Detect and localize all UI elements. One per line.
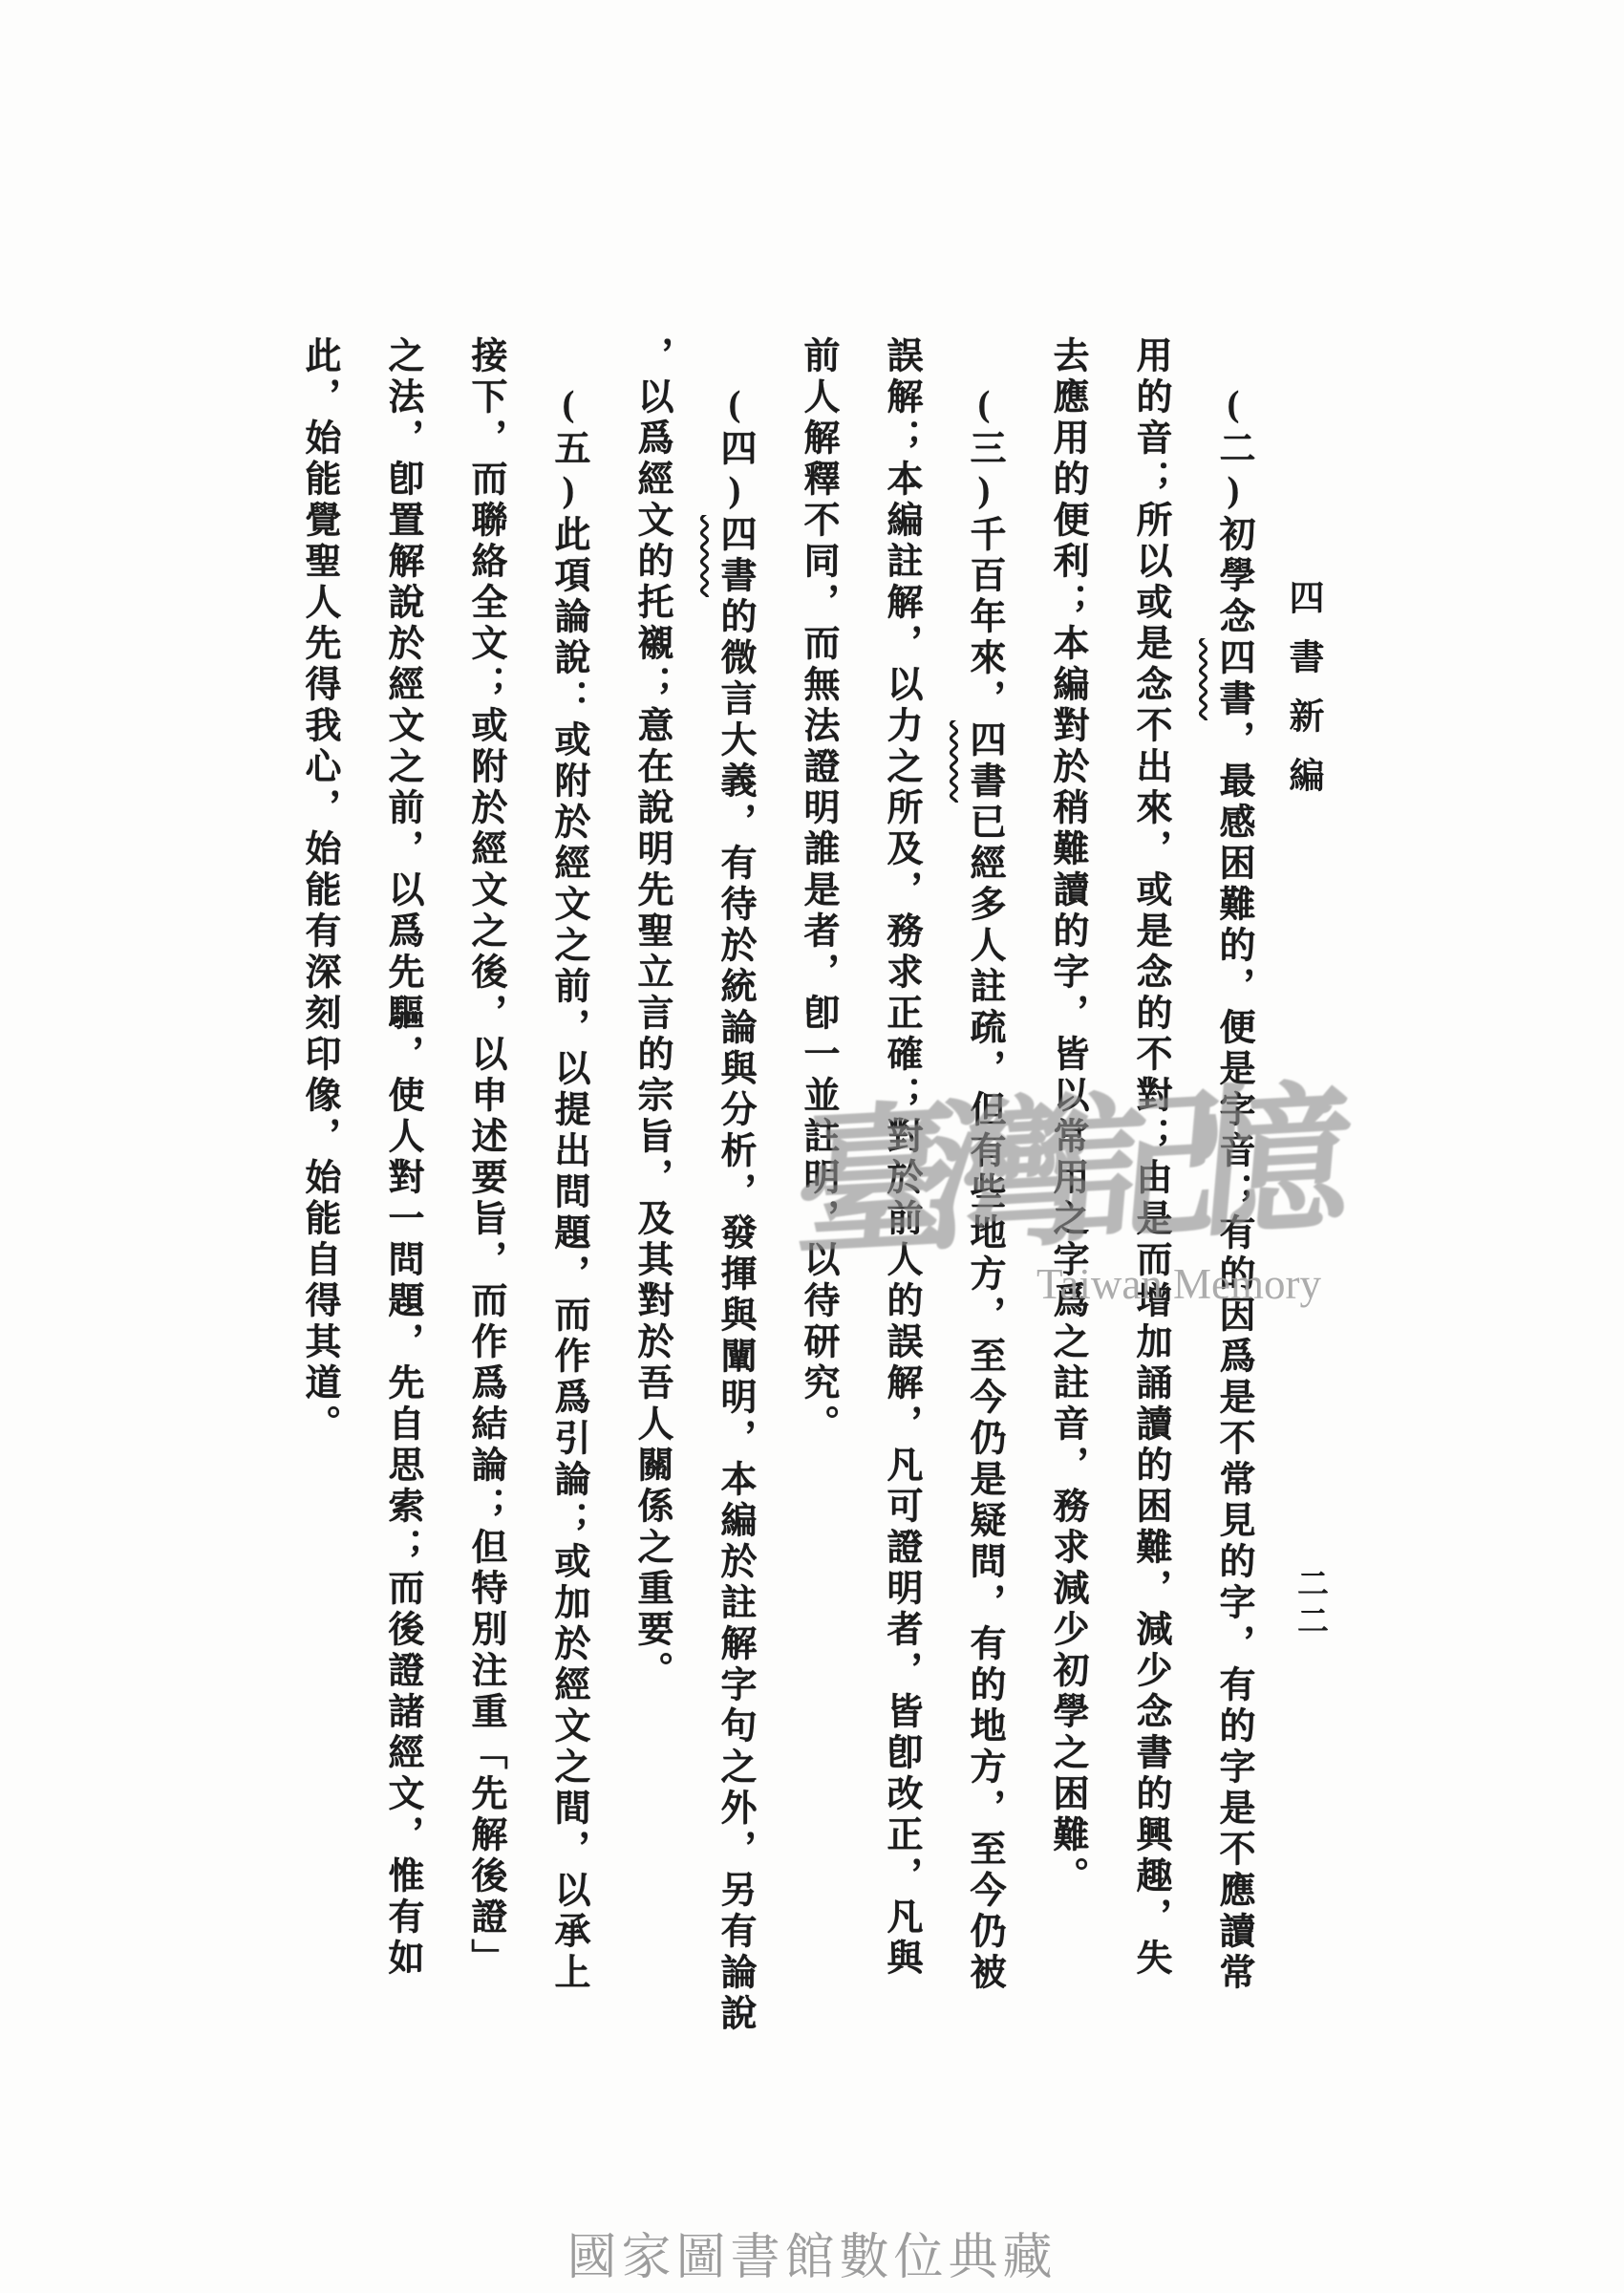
column-text: 接下，而聯絡全文；或附於經文之後，以申述要旨，而作爲結論；但特別注重「先解後證」 <box>465 336 505 1980</box>
text-column: (四)四書的微言大義，有待於統論與分析，發揮與闡明，本編於註解字句之外，另有論說 <box>693 336 776 2113</box>
column-text: 去應用的便利；本編對於稍難讀的字，皆以常用之字爲之註音，務求減少初學之困難。 <box>1047 336 1087 1897</box>
text-column: (五)此項論說：或附於經文之前，以提出問題，而作爲引論；或加於經文之間，以承上 <box>526 336 609 2113</box>
scanned-book-page: 四書新編 二二 (二)初學念四書，最感困難的，便是字音；有的因爲是不常見的字，有… <box>0 0 1624 2293</box>
column-text: (五)此項論說：或附於經文之前，以提出問題，而作爲引論；或加於經文之間，以承上 <box>548 384 588 1994</box>
text-column: (二)初學念四書，最感困難的，便是字音；有的因爲是不常見的字，有的字是不應讀常 <box>1191 336 1274 2113</box>
column-text: (二)初學念 <box>1213 384 1253 638</box>
book-title-mark: 四書 <box>1213 638 1253 720</box>
column-text: 此，始能覺聖人先得我心，始能有深刻印像，始能自得其道。 <box>299 336 339 1446</box>
column-text: 之法，卽置解說於經文之前，以爲先驅，使人對一問題，先自思索；而後證諸經文，惟有如 <box>382 336 422 1980</box>
text-column: ，以爲經文的托襯；意在說明先聖立言的宗旨，及其對於吾人關係之重要。 <box>609 336 693 2066</box>
text-column: 之法，卽置解說於經文之前，以爲先驅，使人對一問題，先自思索；而後證諸經文，惟有如 <box>360 336 443 2066</box>
column-text: 用的音；所以或是念不出來，或是念的不對；由是而增加誦讀的困難，減少念書的興趣，失 <box>1130 336 1170 1980</box>
body-text-block: (二)初學念四書，最感困難的，便是字音；有的因爲是不常見的字，有的字是不應讀常 … <box>277 336 1274 2066</box>
column-text: 誤解；本編註解，以力之所及，務求正確；對於前人的誤解，凡可證明者，皆卽改正，凡與 <box>881 336 921 1980</box>
archive-caption: 國家圖書館數位典藏 <box>0 2217 1624 2288</box>
text-column: 此，始能覺聖人先得我心，始能有深刻印像，始能自得其道。 <box>277 336 360 2066</box>
column-text: (四) <box>715 384 755 515</box>
page-number: 二二 <box>1288 1567 1333 1641</box>
text-column: (三)千百年來，四書已經多人註疏，但有些地方，至今仍是疑問，有的地方，至今仍被 <box>942 336 1025 2113</box>
column-text: ，以爲經文的托襯；意在說明先聖立言的宗旨，及其對於吾人關係之重要。 <box>631 336 672 1692</box>
column-text: 前人解釋不同，而無法證明誰是者，卽一並註明，以待研究。 <box>798 336 838 1446</box>
text-column: 接下，而聯絡全文；或附於經文之後，以申述要旨，而作爲結論；但特別注重「先解後證」 <box>443 336 526 2066</box>
book-title-mark: 四書 <box>964 720 1004 803</box>
text-column: 去應用的便利；本編對於稍難讀的字，皆以常用之字爲之註音，務求減少初學之困難。 <box>1025 336 1108 2066</box>
column-text: 的微言大義，有待於統論與分析，發揮與闡明，本編於註解字句之外，另有論說 <box>715 597 755 2035</box>
text-column: 用的音；所以或是念不出來，或是念的不對；由是而增加誦讀的困難，減少念書的興趣，失 <box>1108 336 1191 2066</box>
text-column: 誤解；本編註解，以力之所及，務求正確；對於前人的誤解，凡可證明者，皆卽改正，凡與 <box>859 336 942 2066</box>
column-text: 已經多人註疏，但有些地方，至今仍是疑問，有的地方，至今仍被 <box>964 803 1004 1994</box>
running-title: 四書新編 <box>1276 579 1328 816</box>
column-text: ，最感困難的，便是字音；有的因爲是不常見的字，有的字是不應讀常 <box>1213 720 1253 1994</box>
column-text: (三)千百年來， <box>964 384 1004 720</box>
text-column: 前人解釋不同，而無法證明誰是者，卽一並註明，以待研究。 <box>776 336 859 2066</box>
book-title-mark: 四書 <box>715 515 755 597</box>
